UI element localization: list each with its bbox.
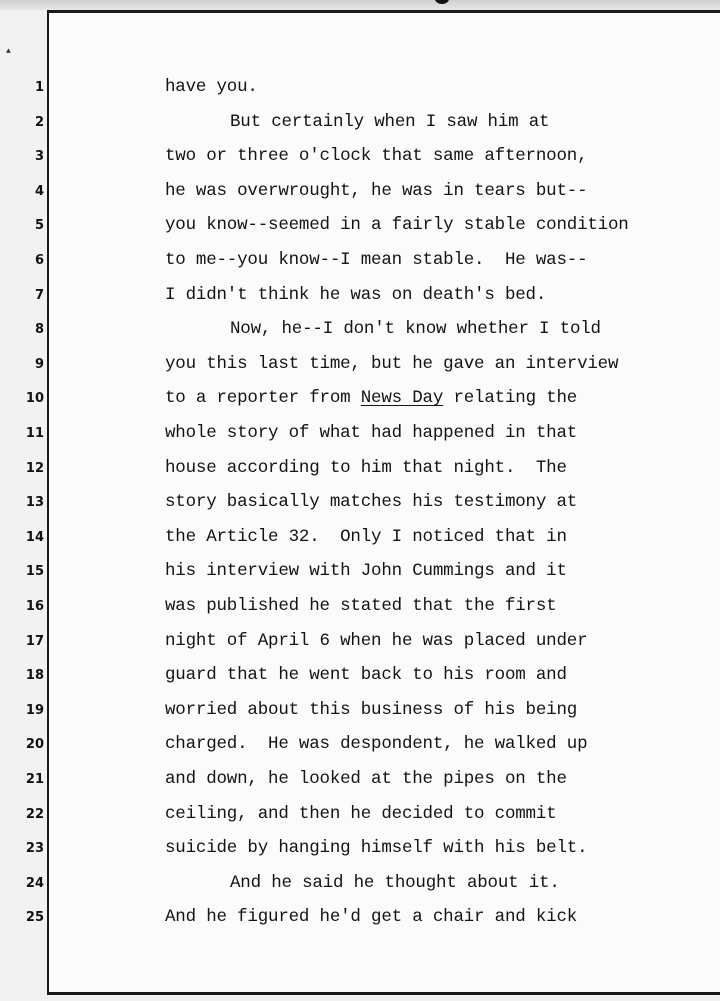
transcript-line: suicide by hanging himself with his belt… xyxy=(165,838,587,858)
line-number: 9 xyxy=(4,357,44,372)
line-number: 7 xyxy=(4,288,44,303)
line-number: 3 xyxy=(4,149,44,164)
transcript-line: whole story of what had happened in that xyxy=(165,423,577,443)
transcript-line: But certainly when I saw him at xyxy=(230,112,549,132)
margin-mark: ▲ xyxy=(6,47,11,56)
transcript-line: to me--you know--I mean stable. He was-- xyxy=(165,250,587,270)
line-number: 17 xyxy=(4,634,44,649)
line-number: 13 xyxy=(4,495,44,510)
transcript-line: house according to him that night. The xyxy=(165,458,567,478)
transcript-line: I didn't think he was on death's bed. xyxy=(165,285,546,305)
line-number: 12 xyxy=(4,461,44,476)
transcript-line: he was overwrought, he was in tears but-… xyxy=(165,181,587,201)
transcript-line: worried about this business of his being xyxy=(165,700,577,720)
transcript-line: have you. xyxy=(165,77,258,97)
line-number: 16 xyxy=(4,599,44,614)
line-number: 2 xyxy=(4,115,44,130)
transcript-line: and down, he looked at the pipes on the xyxy=(165,769,567,789)
line-number: 23 xyxy=(4,841,44,856)
transcript-line: his interview with John Cummings and it xyxy=(165,561,567,581)
transcript-line: guard that he went back to his room and xyxy=(165,665,567,685)
line-number: 25 xyxy=(4,910,44,925)
transcript-line: two or three o'clock that same afternoon… xyxy=(165,146,587,166)
line-number: 10 xyxy=(4,391,44,406)
transcript-line: was published he stated that the first xyxy=(165,596,556,616)
transcript-line: ceiling, and then he decided to commit xyxy=(165,804,556,824)
publication-name: News Day xyxy=(361,388,443,408)
line-number: 5 xyxy=(4,218,44,233)
line-number: 14 xyxy=(4,530,44,545)
line-number: 11 xyxy=(4,426,44,441)
transcript-line: night of April 6 when he was placed unde… xyxy=(165,631,587,651)
line-number: 22 xyxy=(4,807,44,822)
transcript-line: the Article 32. Only I noticed that in xyxy=(165,527,567,547)
line-number: 15 xyxy=(4,564,44,579)
transcript-line: And he figured he'd get a chair and kick xyxy=(165,907,577,927)
line-number: 6 xyxy=(4,253,44,268)
line-number: 1 xyxy=(4,80,44,95)
transcript-line: Now, he--I don't know whether I told xyxy=(230,319,601,339)
line-number: 21 xyxy=(4,772,44,787)
transcript-line: charged. He was despondent, he walked up xyxy=(165,734,587,754)
line-number: 19 xyxy=(4,703,44,718)
transcript-line: And he said he thought about it. xyxy=(230,873,560,893)
line-number: 4 xyxy=(4,184,44,199)
line-number: 8 xyxy=(4,322,44,337)
transcript-line: to a reporter from News Day relating the xyxy=(165,388,577,408)
line-number: 18 xyxy=(4,668,44,683)
line-number: 24 xyxy=(4,876,44,891)
scan-edge xyxy=(0,0,720,10)
transcript-line: you this last time, but he gave an inter… xyxy=(165,354,618,374)
line-number: 20 xyxy=(4,737,44,752)
transcript-line: you know--seemed in a fairly stable cond… xyxy=(165,215,629,235)
transcript-line: story basically matches his testimony at xyxy=(165,492,577,512)
